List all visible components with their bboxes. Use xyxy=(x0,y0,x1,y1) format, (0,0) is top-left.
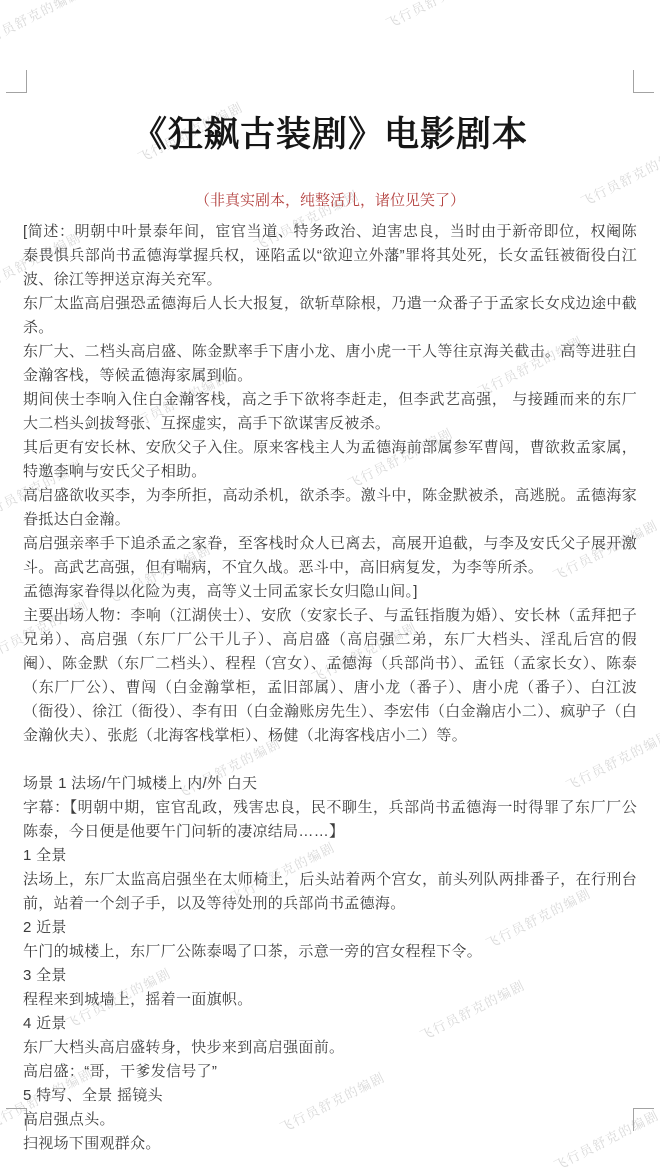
synopsis-paragraph: 高启强亲率手下追杀孟之家眷，至客栈时众人已离去，高展开追截，与李及安氏父子展开激… xyxy=(23,532,637,580)
synopsis-section: [简述：明朝中叶景泰年间，宦官当道、特务政治、迫害忠良，当时由于新帝即位，权阉陈… xyxy=(23,220,637,748)
synopsis-paragraph: 高启盛欲收买李，为李所拒，高动杀机，欲杀李。激斗中，陈金默被杀，高逃脱。孟德海家… xyxy=(23,484,637,532)
synopsis-paragraph: 东厂大、二档头高启盛、陈金默率手下唐小龙、唐小虎一干人等往京海关截击。高等进驻白… xyxy=(23,340,637,388)
synopsis-paragraph: 东厂太监高启强恐孟德海后人长大报复，欲斩草除根，乃遣一众番子于孟家长女戍边途中截… xyxy=(23,292,637,340)
synopsis-paragraph: 主要出场人物：李响（江湖侠士）、安欣（安家长子、与孟钰指腹为婚）、安长林（孟拜把… xyxy=(23,604,637,748)
script-line: 法场上，东厂太监高启强坐在太师椅上，后头站着两个宫女，前头列队两排番子，在行刑台… xyxy=(23,868,637,916)
page-corner-mark-top-right xyxy=(633,70,654,93)
script-line: 1 全景 xyxy=(23,844,637,868)
page-corner-mark-top-left xyxy=(6,70,27,93)
scene-1-section: 场景 1 法场/午门城楼上 内/外 白天 字幕：【明朝中期，宦官乱政，残害忠良，… xyxy=(23,772,637,1156)
synopsis-paragraph: 其后更有安长林、安欣父子入住。原来客栈主人为孟德海前部属参军曹闯，曹欲救孟家属，… xyxy=(23,436,637,484)
document-page: 飞行员舒克的编剧飞行员舒克的编剧飞行员舒克的编剧飞行员舒克的编剧飞行员舒克的编剧… xyxy=(0,0,660,1173)
script-line: 3 全景 xyxy=(23,964,637,988)
script-line: 程程来到城墙上，摇着一面旗帜。 xyxy=(23,988,637,1012)
synopsis-paragraph: [简述：明朝中叶景泰年间，宦官当道、特务政治、迫害忠良，当时由于新帝即位，权阉陈… xyxy=(23,220,637,292)
script-line: 5 特写、全景 摇镜头 xyxy=(23,1084,637,1108)
document-content: 《狂飙古装剧》电影剧本 （非真实剧本，纯整活儿，诸位见笑了） [简述：明朝中叶景… xyxy=(0,112,660,1156)
watermark-text: 飞行员舒克的编剧 xyxy=(382,0,494,32)
script-line: 4 近景 xyxy=(23,1012,637,1036)
page-title: 《狂飙古装剧》电影剧本 xyxy=(23,112,637,158)
script-line: 字幕：【明朝中期，宦官乱政，残害忠良，民不聊生，兵部尚书孟德海一时得罪了东厂厂公… xyxy=(23,796,637,844)
script-line: 东厂大档头高启盛转身，快步来到高启强面前。 xyxy=(23,1036,637,1060)
watermark-text: 飞行员舒克的编剧 xyxy=(0,0,84,52)
synopsis-paragraph: 期间侠士李响入住白金瀚客栈，高之手下欲将李赶走，但李武艺高强， 与接踵而来的东厂… xyxy=(23,388,637,436)
scene-heading: 场景 1 法场/午门城楼上 内/外 白天 xyxy=(23,772,637,796)
script-line: 扫视场下围观群众。 xyxy=(23,1132,637,1156)
script-line: 2 近景 xyxy=(23,916,637,940)
scene-lines: 字幕：【明朝中期，宦官乱政，残害忠良，民不聊生，兵部尚书孟德海一时得罪了东厂厂公… xyxy=(23,796,637,1156)
disclaimer-note: （非真实剧本，纯整活儿，诸位见笑了） xyxy=(23,191,637,211)
synopsis-paragraph: 孟德海家眷得以化险为夷，高等义士同孟家长女归隐山间。] xyxy=(23,580,637,604)
script-line: 高启强点头。 xyxy=(23,1108,637,1132)
script-line: 午门的城楼上，东厂厂公陈泰喝了口茶，示意一旁的宫女程程下令。 xyxy=(23,940,637,964)
script-line: 高启盛：“哥，干爹发信号了” xyxy=(23,1060,637,1084)
